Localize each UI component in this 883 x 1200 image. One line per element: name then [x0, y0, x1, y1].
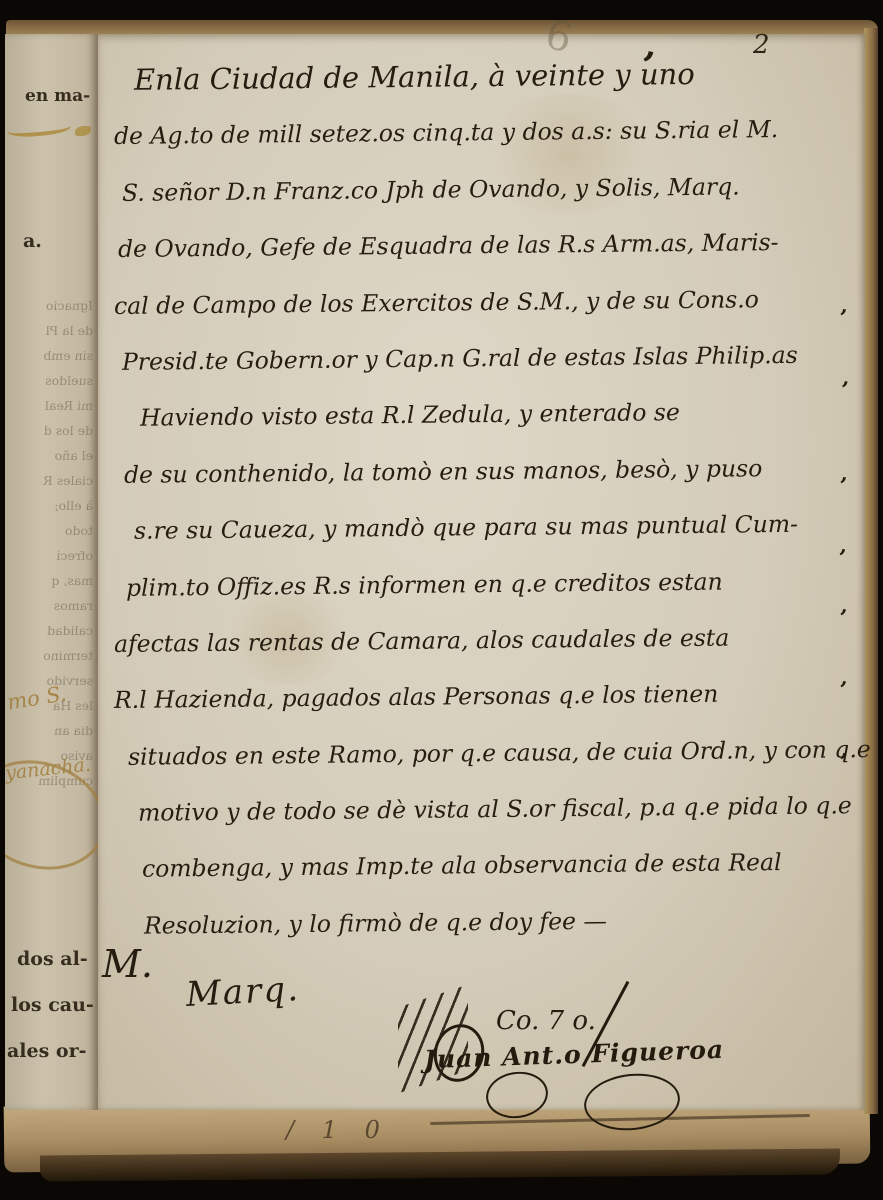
facing-leaf-edge: en ma- a. Ignaciode la Plsin embsueldosm… [5, 34, 98, 1110]
showthrough-fragment: à ello; [5, 498, 97, 523]
manuscript-line: afectas las rentas de Camara, alos cauda… [114, 608, 857, 672]
showthrough-fragment: mi Real [5, 398, 97, 423]
showthrough-fragment: sueldos [5, 373, 97, 398]
manuscript-line: de Ovando, Gefe de Esquadra de las R.s A… [114, 213, 857, 277]
manuscript-line: combenga, y mas Imp.te ala observancia d… [114, 834, 857, 898]
printed-fragment: en ma- [25, 86, 90, 106]
fore-edge-ink-mark: , [833, 461, 863, 535]
manuscript-line: R.l Hazienda, pagados alas Personas q.e … [114, 665, 857, 729]
showthrough-fragment: Ignacio [5, 298, 97, 323]
showthrough-fragment: ofreci [5, 548, 97, 573]
manuscript-line: Resoluzion, y lo firmò de q.e doy fee — [114, 890, 857, 954]
manuscript-line: S. señor D.n Franz.co Jph de Ovando, y S… [114, 157, 857, 221]
right-margin-ink-marks: ,,,,,,, [838, 294, 858, 810]
printed-fragment: los cau- [11, 994, 94, 1016]
fore-edge-ink-mark: , [834, 533, 862, 595]
showthrough-fragment: ramos [5, 598, 97, 623]
showthrough-fragment: ciales R [5, 473, 97, 498]
showthrough-fragment: de los d [5, 423, 97, 448]
governor-signature: Marq. [185, 969, 301, 1015]
manuscript-photo: / 1 0 en ma- a. Ignaciode la Plsin embsu… [0, 0, 883, 1200]
manuscript-page: 2 , 6 Enla Ciudad de Manila, à veinte y … [98, 34, 865, 1110]
manuscript-line: situados en este Ramo, por q.e causa, de… [114, 721, 857, 785]
showthrough-fragment: todo [5, 523, 97, 548]
showthrough-fragment: dia an [5, 723, 97, 748]
manuscript-line: cal de Campo de los Exercitos de S.M., y… [114, 270, 857, 334]
manuscript-line: motivo y de todo se dè vista al S.or fis… [114, 777, 857, 841]
faded-ink-blot [75, 126, 91, 136]
showthrough-fragment: termino [5, 648, 97, 673]
showthrough-text-column: Ignaciode la Plsin embsueldosmi Realde l… [5, 298, 97, 798]
fore-edge-ink-marks: / 1 0 [286, 1116, 390, 1144]
showthrough-fragment: mas, q [5, 573, 97, 598]
printed-fragment: dos al- [17, 948, 88, 970]
manuscript-line: de Ag.to de mill setez.os cinq.ta y dos … [114, 101, 857, 165]
book-right-edge [864, 28, 878, 1114]
margin-initial: M. [102, 942, 153, 986]
fore-edge-ink-mark: , [833, 293, 863, 367]
book-bottom-edge-shadow [40, 1149, 840, 1182]
manuscript-line: s.re su Caueza, y mandò que para su mas … [114, 495, 857, 559]
showthrough-fragment: de la Pl [5, 323, 97, 348]
fore-edge-ink-mark: , [833, 593, 863, 667]
showthrough-fragment: calidad [5, 623, 97, 648]
faded-ink-squiggle [6, 117, 71, 139]
manuscript-text-block: Enla Ciudad de Manila, à veinte y unode … [114, 52, 856, 954]
showthrough-fragment: el año [5, 448, 97, 473]
manuscript-line: Presid.te Gobern.or y Cap.n G.ral de est… [114, 326, 857, 390]
printed-fragment: ales or- [7, 1040, 87, 1062]
docket-note: Co. 7 o. [496, 1006, 596, 1036]
showthrough-fragment: sin emb [5, 348, 97, 373]
manuscript-line: Enla Ciudad de Manila, à veinte y uno [114, 44, 857, 108]
manuscript-line: de su conthenido, la tomò en sus manos, … [114, 439, 857, 503]
printed-fragment: a. [23, 230, 42, 252]
manuscript-line: plim.to Offiz.es R.s informen en q.e cre… [114, 552, 857, 616]
manuscript-line: Haviendo visto esta R.l Zedula, y entera… [114, 383, 857, 447]
